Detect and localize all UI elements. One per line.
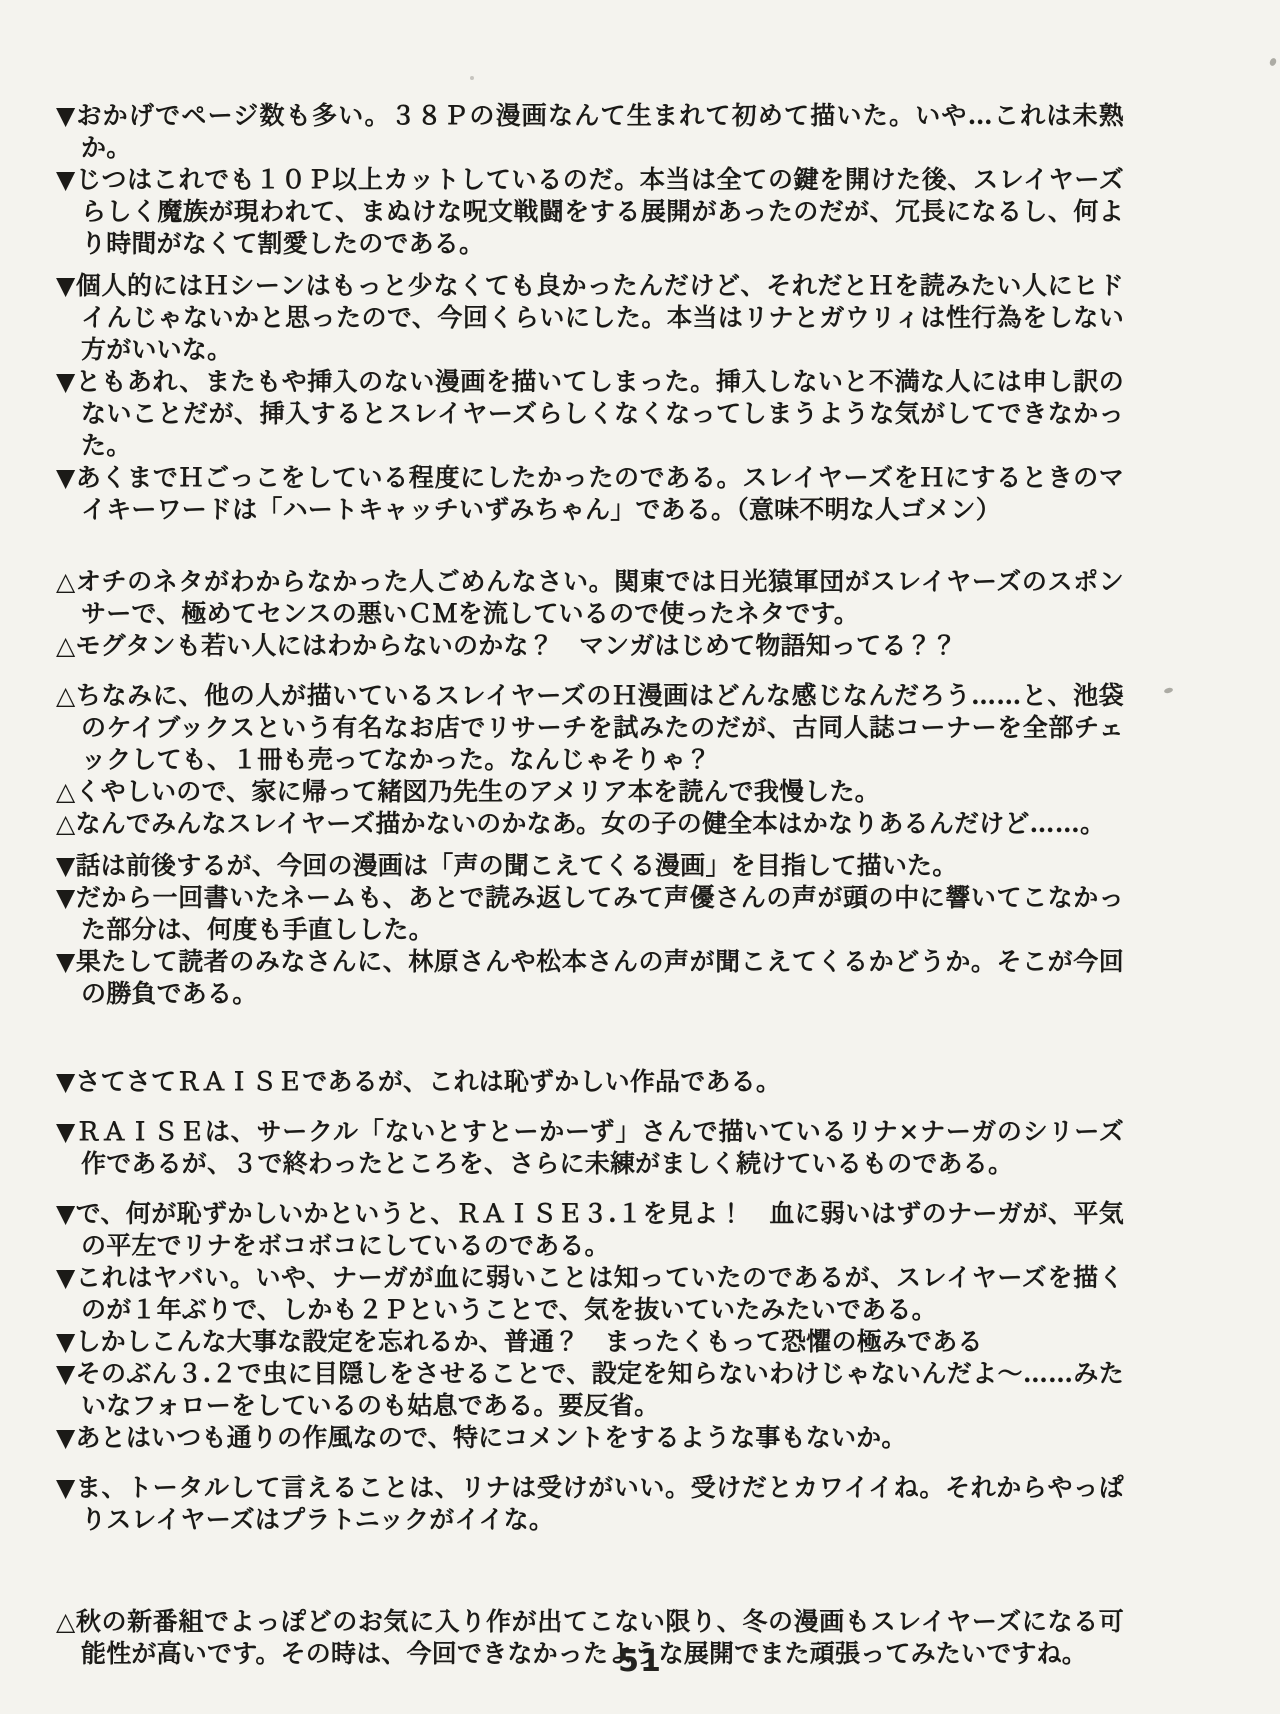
paragraph: ▼あとはいつも通りの作風なので、特にコメントをするような事もないか。 xyxy=(56,1422,1124,1454)
paragraph-text: くやしいので、家に帰って緒図乃先生のアメリア本を読んで我慢した。 xyxy=(75,777,879,806)
bullet-marker: △ xyxy=(56,631,75,660)
bullet-marker: ▼ xyxy=(56,1327,75,1356)
bullet-marker: ▼ xyxy=(56,463,76,492)
bullet-marker: ▼ xyxy=(56,165,76,194)
bullet-marker: △ xyxy=(56,567,76,596)
paragraph: ▼そのぶん３.２で虫に目隠しをさせることで、設定を知らないわけじゃないんだよ〜…… xyxy=(56,1358,1124,1422)
paragraph: △モグタンも若い人にはわからないのかな？ マンガはじめて物語知ってる？？ xyxy=(56,630,1124,662)
paragraph: ▼ＲＡＩＳＥは、サークル「ないとすとーかーず」さんで描いているリナ×ナーガのシリ… xyxy=(56,1116,1124,1180)
bullet-marker: ▼ xyxy=(56,947,76,976)
bullet-marker: ▼ xyxy=(56,1067,75,1096)
paragraph: ▼話は前後するが、今回の漫画は「声の聞こえてくる漫画」を目指して描いた。 xyxy=(56,850,1124,882)
paragraph: ▼これはヤバい。いや、ナーガが血に弱いことは知っていたのであるが、スレイヤーズを… xyxy=(56,1262,1124,1326)
afterword-text: ▼おかげでページ数も多い。３８Ｐの漫画なんて生まれて初めて描いた。いや…これは未… xyxy=(56,100,1124,1670)
scan-speck xyxy=(1269,57,1278,67)
page-number: 51 xyxy=(0,1644,1280,1679)
bullet-marker: ▼ xyxy=(56,1359,76,1388)
paragraph: ▼で、何が恥ずかしいかというと、ＲＡＩＳＥ３.１を見よ！ 血に弱いはずのナーガが… xyxy=(56,1198,1124,1262)
paragraph-text: しかしこんな大事な設定を忘れるか、普通？ まったくもって恐懼の極みである xyxy=(75,1327,982,1356)
paragraph: ▼あくまでＨごっこをしている程度にしたかったのである。スレイヤーズをＨにするとき… xyxy=(56,462,1124,526)
paragraph-text: ま、トータルして言えることは、リナは受けがいい。受けだとカワイイね。それからやっ… xyxy=(76,1473,1124,1534)
paragraph: △なんでみんなスレイヤーズ描かないのかなあ。女の子の健全本はかなりあるんだけど…… xyxy=(56,808,1124,840)
paragraph: ▼じつはこれでも１０Ｐ以上カットしているのだ。本当は全ての鍵を開けた後、スレイヤ… xyxy=(56,164,1124,260)
paragraph: ▼さてさてＲＡＩＳＥであるが、これは恥ずかしい作品である。 xyxy=(56,1066,1124,1098)
paragraph-text: これはヤバい。いや、ナーガが血に弱いことは知っていたのであるが、スレイヤーズを描… xyxy=(76,1263,1124,1324)
bullet-marker: ▼ xyxy=(56,1473,76,1502)
paragraph-text: オチのネタがわからなかった人ごめんなさい。関東では日光猿軍団がスレイヤーズのスポ… xyxy=(76,567,1124,628)
paragraph-text: だから一回書いたネームも、あとで読み返してみて声優さんの声が頭の中に響いてこなか… xyxy=(76,883,1124,944)
paragraph-text: さてさてＲＡＩＳＥであるが、これは恥ずかしい作品である。 xyxy=(75,1067,781,1096)
paragraph-text: おかげでページ数も多い。３８Ｐの漫画なんて生まれて初めて描いた。いや…これは未熟… xyxy=(76,101,1124,162)
paragraph-text: 話は前後するが、今回の漫画は「声の聞こえてくる漫画」を目指して描いた。 xyxy=(75,851,957,880)
paragraph-text: 個人的にはＨシーンはもっと少なくても良かったんだけど、それだとＨを読みたい人にヒ… xyxy=(76,271,1124,364)
bullet-marker: △ xyxy=(56,1607,76,1636)
bullet-marker: ▼ xyxy=(56,1199,76,1228)
bullet-marker: ▼ xyxy=(56,367,76,396)
paragraph: ▼ともあれ、またもや挿入のない漫画を描いてしまった。挿入しないと不満な人には申し… xyxy=(56,366,1124,462)
bullet-marker: ▼ xyxy=(56,1117,76,1146)
paragraph-text: 果たして読者のみなさんに、林原さんや松本さんの声が聞こえてくるかどうか。そこが今… xyxy=(76,947,1124,1008)
paragraph: ▼だから一回書いたネームも、あとで読み返してみて声優さんの声が頭の中に響いてこな… xyxy=(56,882,1124,946)
paragraph-text: あくまでＨごっこをしている程度にしたかったのである。スレイヤーズをＨにするときの… xyxy=(76,463,1124,524)
paragraph: ▼ま、トータルして言えることは、リナは受けがいい。受けだとカワイイね。それからや… xyxy=(56,1472,1124,1536)
scan-speck xyxy=(1164,687,1174,694)
bullet-marker: ▼ xyxy=(56,101,76,130)
paragraph: ▼おかげでページ数も多い。３８Ｐの漫画なんて生まれて初めて描いた。いや…これは未… xyxy=(56,100,1124,164)
bullet-marker: ▼ xyxy=(56,883,76,912)
paragraph: △くやしいので、家に帰って緒図乃先生のアメリア本を読んで我慢した。 xyxy=(56,776,1124,808)
paragraph: ▼個人的にはＨシーンはもっと少なくても良かったんだけど、それだとＨを読みたい人に… xyxy=(56,270,1124,366)
bullet-marker: △ xyxy=(56,809,75,838)
bullet-marker: △ xyxy=(56,681,76,710)
bullet-marker: ▼ xyxy=(56,271,76,300)
scan-speck xyxy=(470,76,474,80)
bullet-marker: ▼ xyxy=(56,1423,75,1452)
paragraph-text: ＲＡＩＳＥは、サークル「ないとすとーかーず」さんで描いているリナ×ナーガのシリー… xyxy=(76,1117,1124,1178)
paragraph-text: なんでみんなスレイヤーズ描かないのかなあ。女の子の健全本はかなりあるんだけど……… xyxy=(75,809,1105,838)
paragraph: ▼しかしこんな大事な設定を忘れるか、普通？ まったくもって恐懼の極みである xyxy=(56,1326,1124,1358)
paragraph-text: ともあれ、またもや挿入のない漫画を描いてしまった。挿入しないと不満な人には申し訳… xyxy=(76,367,1124,460)
paragraph: ▼果たして読者のみなさんに、林原さんや松本さんの声が聞こえてくるかどうか。そこが… xyxy=(56,946,1124,1010)
paragraph-text: で、何が恥ずかしいかというと、ＲＡＩＳＥ３.１を見よ！ 血に弱いはずのナーガが、… xyxy=(76,1199,1124,1260)
paragraph-text: じつはこれでも１０Ｐ以上カットしているのだ。本当は全ての鍵を開けた後、スレイヤー… xyxy=(76,165,1124,258)
paragraph-text: ちなみに、他の人が描いているスレイヤーズのＨ漫画はどんな感じなんだろう……と、池… xyxy=(76,681,1124,774)
paragraph-text: そのぶん３.２で虫に目隠しをさせることで、設定を知らないわけじゃないんだよ〜……… xyxy=(76,1359,1124,1420)
scanned-afterword-page: ▼おかげでページ数も多い。３８Ｐの漫画なんて生まれて初めて描いた。いや…これは未… xyxy=(0,0,1280,1714)
paragraph: △オチのネタがわからなかった人ごめんなさい。関東では日光猿軍団がスレイヤーズのス… xyxy=(56,566,1124,630)
paragraph-text: あとはいつも通りの作風なので、特にコメントをするような事もないか。 xyxy=(75,1423,906,1452)
paragraph-text: モグタンも若い人にはわからないのかな？ マンガはじめて物語知ってる？？ xyxy=(75,631,957,660)
paragraph: △ちなみに、他の人が描いているスレイヤーズのＨ漫画はどんな感じなんだろう……と、… xyxy=(56,680,1124,776)
bullet-marker: ▼ xyxy=(56,1263,76,1292)
bullet-marker: △ xyxy=(56,777,75,806)
bullet-marker: ▼ xyxy=(56,851,75,880)
